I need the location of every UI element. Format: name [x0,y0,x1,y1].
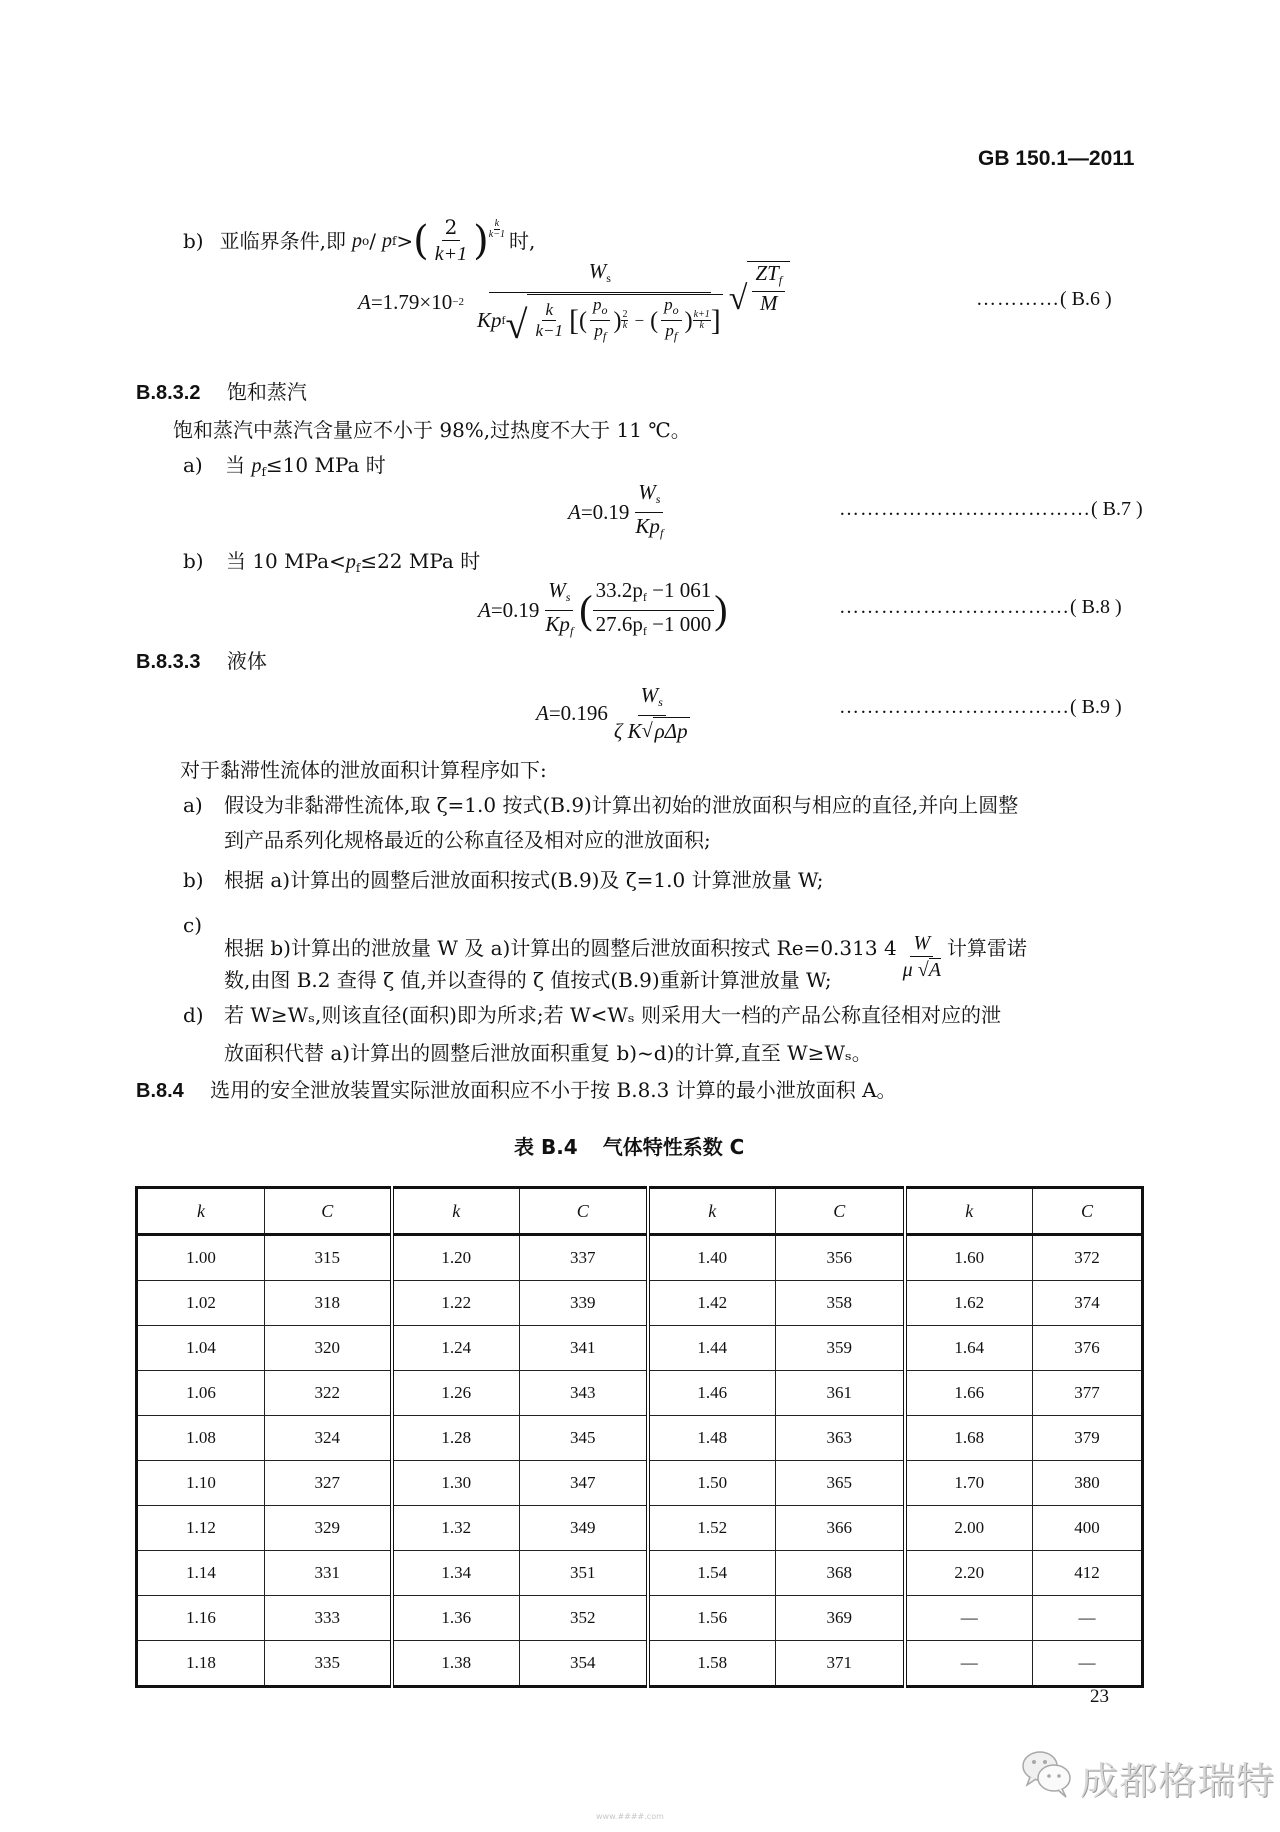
cell-c: 335 [265,1641,392,1687]
procedure-item-c-cont: 数,由图 B.2 查得 ζ 值,并以查得的 ζ 值按式(B.9)重新计算泄放量 … [224,968,832,992]
fraction: 2 k+1 [432,215,470,266]
cell-k: 1.70 [905,1461,1033,1506]
equation-b7-label-row: ……………………………… ( B.7 ) [839,498,1143,521]
cell-c: 327 [265,1461,392,1506]
condition-text: 亚临界条件,即 [220,229,346,253]
cell-c: 347 [520,1461,648,1506]
w: W [548,578,566,602]
num: 33.2p [596,578,643,602]
sub: s [658,695,663,709]
right-paren: ) [714,590,727,630]
cell-c: — [1033,1641,1143,1687]
var-p: p [251,455,261,477]
var-w: W [589,259,607,283]
a: A [929,958,941,981]
cell-k: 1.36 [392,1596,520,1641]
sqrt: √ kk−1 [ ( popf ) 2k − ( popf ) k+1k ] [506,294,723,345]
p: p [665,321,674,340]
cell-c: 359 [776,1326,905,1371]
cell-c: 377 [1033,1371,1143,1416]
procedure-item-c: c) 根据 b)计算出的泄放量 W 及 a)计算出的圆整后泄放面积按式 Re=0… [183,913,1143,963]
cell-k: 1.38 [392,1641,520,1687]
equation-label: ( B.6 ) [1060,288,1112,311]
cell-k: 1.50 [648,1461,776,1506]
cell-k: 1.34 [392,1551,520,1596]
cell-k: 1.02 [137,1281,265,1326]
item-marker: a) [183,453,203,477]
header-k: k [137,1188,265,1235]
main-fraction: Ws Kpf √ kk−1 [ ( popf ) 2k − ( popf ) k… [474,259,726,345]
cell-c: 379 [1033,1416,1143,1461]
table-row: 1.183351.383541.58371—— [137,1641,1143,1687]
left-paren: ( [650,309,658,333]
sub: f [660,526,663,540]
var-p: p [352,229,362,253]
item-text: 假设为非黏滞性流体,取 ζ=1.0 按式(B.9)计算出初始的泄放面积与相应的直… [224,793,1018,817]
procedure-intro: 对于黏滞性流体的泄放面积计算程序如下: [180,758,547,782]
leader-dots: …………………………… [839,696,1070,719]
sub: f [779,273,782,287]
inner-fraction: 33.2pf −1 061 27.6pf −1 000 [593,578,715,643]
cell-k: 1.42 [648,1281,776,1326]
cell-c: 369 [776,1596,905,1641]
cell-k: — [905,1596,1033,1641]
equation-b7: A =0.19 Ws Kpf [568,486,669,538]
header-c: C [1033,1188,1143,1235]
leader-dots: …………………………… [839,596,1070,619]
sub: s [606,271,611,285]
cell-c: 371 [776,1641,905,1687]
section-b84: B.8.4 选用的安全泄放装置实际泄放面积应不小于按 B.8.3 计算的最小泄放… [136,1078,897,1103]
left-paren: ( [579,590,592,630]
ratio-fraction: popf [661,296,682,345]
exponent: k k−1 [489,219,505,240]
radical-icon: √ [642,719,653,743]
cell-k: 1.12 [137,1506,265,1551]
item-marker: c) [183,913,202,937]
item-b-steam: b) 当 10 MPa<pf≤22 MPa 时 [183,549,480,580]
kp: Kp [477,308,502,332]
m: M [757,292,781,313]
cell-c: 412 [1033,1551,1143,1596]
standard-id: GB 150.1—2011 [978,147,1134,171]
p: p [594,321,603,340]
equation-b9-label-row: …………………………… ( B.9 ) [839,696,1122,719]
right-paren: ) [473,221,489,261]
cell-k: 1.48 [648,1416,776,1461]
cell-k: 1.64 [905,1326,1033,1371]
procedure-item-a-cont: 到产品系列化规格最近的公称直径及相对应的泄放面积; [224,828,711,852]
cell-c: 322 [265,1371,392,1416]
equation-b8: A =0.19 Ws Kpf ( 33.2pf −1 061 27.6pf −1… [478,584,728,636]
cell-k: 1.22 [392,1281,520,1326]
cell-c: 345 [520,1416,648,1461]
section-title: 饱和蒸汽 [227,380,307,404]
cell-c: 329 [265,1506,392,1551]
table-row: 1.043201.243411.443591.64376 [137,1326,1143,1371]
header-k: k [392,1188,520,1235]
sub: o [673,303,679,317]
cell-c: — [1033,1596,1143,1641]
ratio-fraction: popf [590,296,611,345]
cell-c: 380 [1033,1461,1143,1506]
cell-c: 366 [776,1506,905,1551]
mu: μ [903,959,913,981]
table-header-row: k C k C k C k C [137,1188,1143,1235]
header-c: C [776,1188,905,1235]
table-row: 1.143311.343511.543682.20412 [137,1551,1143,1596]
item-marker: b) [183,549,204,573]
cell-c: 324 [265,1416,392,1461]
header-k: k [648,1188,776,1235]
exponent: −2 [452,296,464,308]
header-c: C [265,1188,392,1235]
procedure-item-a: a) 假设为非黏滞性流体,取 ζ=1.0 按式(B.9)计算出初始的泄放面积与相… [183,793,203,817]
cell-k: 1.58 [648,1641,776,1687]
sqrt-body: kk−1 [ ( popf ) 2k − ( popf ) k+1k ] [527,294,722,345]
coefficient: =0.19 [581,500,630,525]
lhs: A [358,290,371,315]
table-row: 1.003151.203371.403561.60372 [137,1235,1143,1281]
cell-k: 1.62 [905,1281,1033,1326]
cell-c: 352 [520,1596,648,1641]
section-heading-b832: B.8.3.2 饱和蒸汽 [136,380,307,405]
item-a-steam: a) 当 pf≤10 MPa 时 [183,453,386,484]
cell-k: 1.68 [905,1416,1033,1461]
var-p: p [346,551,356,573]
sub: f [603,329,606,343]
cell-k: 2.00 [905,1506,1033,1551]
cell-c: 333 [265,1596,392,1641]
table-caption: 表 B.4 气体特性系数 C [514,1131,744,1160]
zt: ZT [755,261,778,285]
cell-c: 356 [776,1235,905,1281]
den: k [623,321,627,331]
cell-k: 1.32 [392,1506,520,1551]
sub: o [601,303,607,317]
cell-c: 363 [776,1416,905,1461]
zeta-k: ζ K [614,719,642,743]
cell-k: 1.28 [392,1416,520,1461]
cell-k: 1.52 [648,1506,776,1551]
cell-c: 315 [265,1235,392,1281]
cell-k: 1.18 [137,1641,265,1687]
cell-k: — [905,1641,1033,1687]
cell-c: 358 [776,1281,905,1326]
condition-suffix: 时, [509,229,535,253]
section-number: B.8.3.3 [136,651,200,673]
equation-label: ( B.7 ) [1091,498,1143,521]
zt-fraction: ZTfM [752,263,785,313]
table-row: 1.023181.223391.423581.62374 [137,1281,1143,1326]
table-row: 1.083241.283451.483631.68379 [137,1416,1143,1461]
cell-k: 1.44 [648,1326,776,1371]
cell-c: 368 [776,1551,905,1596]
cell-c: 349 [520,1506,648,1551]
den: 27.6p [596,612,643,636]
tiny-footer-text: www.####.com [596,1812,664,1821]
watermark-text: 成都格瑞特 [1080,1750,1275,1805]
cell-c: 354 [520,1641,648,1687]
header-c: C [520,1188,648,1235]
equation-b6-label-row: ………… ( B.6 ) [976,288,1112,311]
denominator: Kpf √ kk−1 [ ( popf ) 2k − ( popf ) k+1k… [474,293,726,345]
coefficient: =0.19 [491,598,540,623]
cell-k: 1.56 [648,1596,776,1641]
var-p: p [382,229,392,253]
num: k [542,301,556,321]
leader-dots: ………… [976,288,1060,311]
cell-c: 320 [265,1326,392,1371]
cell-k: 1.14 [137,1551,265,1596]
cell-k: 1.04 [137,1326,265,1371]
lhs: A [568,500,581,525]
k-fraction: kk−1 [532,301,566,340]
var-sub: o [362,229,369,253]
cell-k: 1.66 [905,1371,1033,1416]
header-k: k [905,1188,1033,1235]
paragraph: 饱和蒸汽中蒸汽含量应不小于 98%,过热度不大于 11 ℃。 [173,418,691,442]
gas-coefficient-table: k C k C k C k C 1.003151.203371.403561.6… [135,1186,1144,1688]
cell-c: 341 [520,1326,648,1371]
item-text: 若 W≥Wₛ,则该直径(面积)即为所求;若 W<Wₛ 则采用大一档的产品公称直径… [224,1003,1001,1027]
coefficient: =0.196 [549,701,608,726]
right-paren: ) [613,309,621,333]
p: p [664,295,673,314]
text: 当 10 MPa< [226,549,346,573]
table-row: 1.063221.263431.463611.66377 [137,1371,1143,1416]
cell-k: 2.20 [905,1551,1033,1596]
wechat-icon [1020,1748,1076,1800]
item-marker: b) [183,868,204,892]
kp: Kp [635,514,660,538]
fraction: Ws Kpf [542,578,576,643]
equation-label: ( B.8 ) [1070,596,1122,619]
cell-k: 1.20 [392,1235,520,1281]
sub: f [674,329,677,343]
cell-k: 1.08 [137,1416,265,1461]
radical-icon: √ [729,285,748,313]
minus: − [634,309,644,333]
cell-k: 1.06 [137,1371,265,1416]
cell-c: 351 [520,1551,648,1596]
slash: / [369,229,376,253]
cell-c: 339 [520,1281,648,1326]
section-number: B.8.4 [136,1080,184,1102]
text: ≤10 MPa 时 [266,453,386,477]
table-row: 1.163331.363521.56369—— [137,1596,1143,1641]
fraction: Ws Kpf [632,480,666,545]
exp-den: k−1 [489,230,505,240]
radical-icon: √ [506,305,528,345]
lhs: A [478,598,491,623]
cell-c: 372 [1033,1235,1143,1281]
cell-k: 1.26 [392,1371,520,1416]
section-title: 液体 [227,649,267,673]
cell-c: 343 [520,1371,648,1416]
section-heading-b833: B.8.3.3 液体 [136,649,267,674]
sub: s [566,590,571,604]
procedure-item-d: d) 若 W≥Wₛ,则该直径(面积)即为所求;若 W<Wₛ 则采用大一档的产品公… [183,1003,204,1027]
equation-b9: A =0.196 Ws ζ K √ρΔp [536,686,696,740]
cell-c: 374 [1033,1281,1143,1326]
den-tail: −1 000 [647,612,711,636]
re-fraction: W μ √A [900,931,944,982]
procedure-item-b: b) 根据 a)计算出的圆整后泄放面积按式(B.9)及 ζ=1.0 计算泄放量 … [183,868,204,892]
cell-c: 331 [265,1551,392,1596]
equation-b8-label-row: …………………………… ( B.8 ) [839,596,1122,619]
text: 当 [225,453,245,477]
page-number: 23 [1090,1686,1109,1708]
cell-c: 365 [776,1461,905,1506]
table-number: 表 B.4 [514,1135,578,1159]
cell-k: 1.54 [648,1551,776,1596]
table-row: 1.123291.323491.523662.00400 [137,1506,1143,1551]
equation-b6: A =1.79×10−2 Ws Kpf √ kk−1 [ ( popf ) 2k… [358,262,790,342]
gt-sign: > [396,229,413,253]
sqrt-body: ZTfM [747,261,790,313]
left-paren: ( [579,309,587,333]
cell-c: 318 [265,1281,392,1326]
den: k [699,321,703,331]
text: ≤22 MPa 时 [360,549,480,573]
kp: Kp [545,612,570,636]
left-bracket: [ [569,309,579,333]
right-bracket: ] [711,309,721,333]
sqrt-zt-m: √ ZTfM [729,261,790,313]
sub: f [570,624,573,638]
exp1: 2k [621,310,628,331]
cell-k: 1.40 [648,1235,776,1281]
section-number: B.8.3.2 [136,382,200,404]
cell-k: 1.46 [648,1371,776,1416]
item-text: 根据 a)计算出的圆整后泄放面积按式(B.9)及 ζ=1.0 计算泄放量 W; [224,868,824,892]
item-text: 计算雷诺 [947,936,1027,960]
cell-k: 1.16 [137,1596,265,1641]
cell-c: 337 [520,1235,648,1281]
cell-c: 400 [1033,1506,1143,1551]
item-marker: d) [183,1003,204,1027]
cell-k: 1.60 [905,1235,1033,1281]
w: W [638,480,656,504]
cell-c: 376 [1033,1326,1143,1371]
table-title: 气体特性系数 C [603,1135,745,1159]
cell-c: 361 [776,1371,905,1416]
exp2: k+1k [693,310,711,331]
procedure-item-d-cont: 放面积代替 a)计算出的圆整后泄放面积重复 b)~d)的计算,直至 W≥Wₛ。 [224,1041,872,1065]
cell-k: 1.30 [392,1461,520,1506]
section-text: 选用的安全泄放装置实际泄放面积应不小于按 B.8.3 计算的最小泄放面积 A。 [210,1078,896,1102]
w: W [641,683,659,707]
cell-k: 1.24 [392,1326,520,1371]
lhs: A [536,701,549,726]
left-paren: ( [413,221,429,261]
item-text: 根据 b)计算出的泄放量 W 及 a)计算出的圆整后泄放面积按式 Re=0.31… [224,936,897,960]
item-marker: a) [183,793,203,817]
sub: s [656,492,661,506]
den: k−1 [532,321,566,340]
numerator: 2 [442,215,461,241]
cell-k: 1.10 [137,1461,265,1506]
cell-k: 1.00 [137,1235,265,1281]
table-row: 1.103271.303471.503651.70380 [137,1461,1143,1506]
num-tail: −1 061 [647,578,711,602]
equation-label: ( B.9 ) [1070,696,1122,719]
item-marker: b) [183,229,204,253]
leader-dots: ……………………………… [839,498,1091,521]
numerator: Ws [489,259,711,293]
fraction: Ws ζ K √ρΔp [611,683,693,743]
rho-delta-p: ρΔp [653,717,690,743]
radical-icon: √ [918,959,929,981]
coefficient: =1.79×10 [371,290,452,315]
w: W [910,931,933,957]
right-paren: ) [685,309,693,333]
